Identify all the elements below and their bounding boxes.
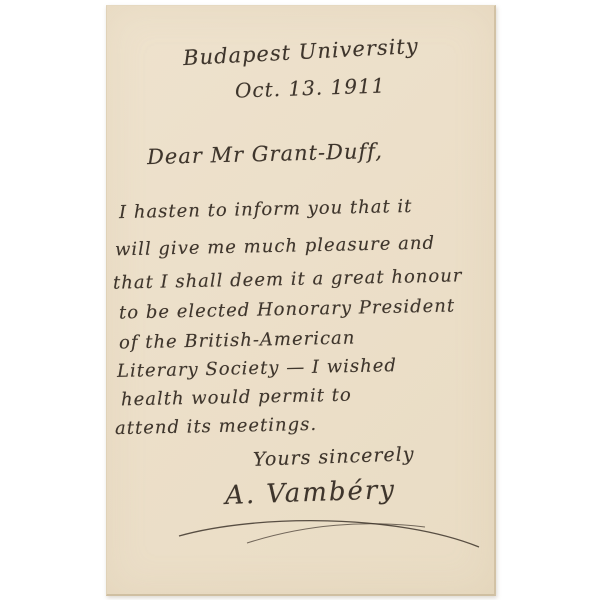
letter-signature: A. Vambéry bbox=[225, 475, 397, 511]
body-line: of the British-American bbox=[119, 328, 356, 354]
body-line: health would permit to bbox=[121, 385, 352, 411]
body-line: Literary Society — I wished bbox=[117, 355, 397, 382]
body-line: will give me much pleasure and bbox=[115, 233, 435, 261]
body-line: attend its meetings. bbox=[115, 414, 317, 439]
body-line: I hasten to inform you that it bbox=[119, 196, 413, 223]
body-line: to be elected Honorary President bbox=[119, 295, 455, 323]
scanned-letter-stage: Budapest University Oct. 13. 1911 Dear M… bbox=[0, 0, 600, 600]
letter-paper: Budapest University Oct. 13. 1911 Dear M… bbox=[106, 5, 496, 596]
letter-heading-place: Budapest University bbox=[183, 34, 420, 70]
body-line: that I shall deem it a great honour bbox=[113, 265, 463, 293]
letter-salutation: Dear Mr Grant-Duff, bbox=[147, 139, 384, 169]
letter-closing: Yours sincerely bbox=[253, 443, 415, 471]
letter-heading-date: Oct. 13. 1911 bbox=[235, 73, 386, 102]
